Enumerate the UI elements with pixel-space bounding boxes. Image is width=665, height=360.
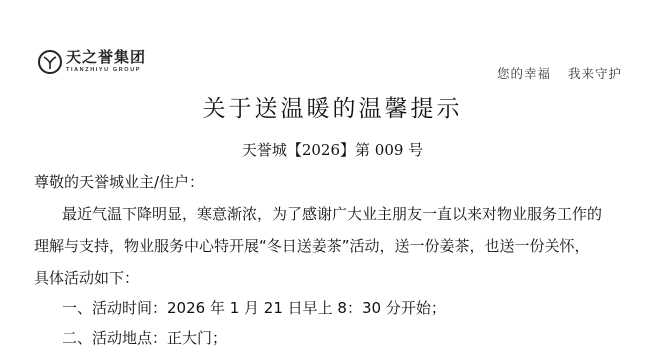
salutation: 尊敬的天誉城业主/住户： bbox=[34, 171, 204, 192]
body-line-1: 最近气温下降明显，寒意渐浓，为了感谢广大业主朋友一直以来对物业服务工作的 bbox=[62, 203, 602, 224]
body-line-3: 具体活动如下： bbox=[34, 267, 139, 288]
item-location: 二、活动地点：正大门； bbox=[62, 327, 227, 348]
company-name-cn: 天之誉集团 bbox=[66, 50, 146, 65]
document-number: 天誉城【2026】第 009 号 bbox=[0, 139, 665, 160]
slogan: 您的幸福 我来守护 bbox=[497, 64, 622, 82]
company-name-en: TIANZHIYU GROUP bbox=[66, 68, 146, 74]
slogan-part-2: 我来守护 bbox=[568, 66, 622, 81]
body-line-2: 理解与支持，物业服务中心特开展“冬日送姜茶”活动，送一份姜茶，也送一份关怀， bbox=[34, 235, 590, 256]
company-logo: 天之誉集团 TIANZHIYU GROUP bbox=[38, 50, 146, 74]
document-title: 关于送温暖的温馨提示 bbox=[0, 90, 665, 123]
slogan-part-1: 您的幸福 bbox=[497, 66, 551, 81]
circle-y-logo-icon bbox=[38, 50, 62, 74]
item-time: 一、活动时间：2026 年 1 月 21 日早上 8：30 分开始； bbox=[62, 297, 446, 318]
